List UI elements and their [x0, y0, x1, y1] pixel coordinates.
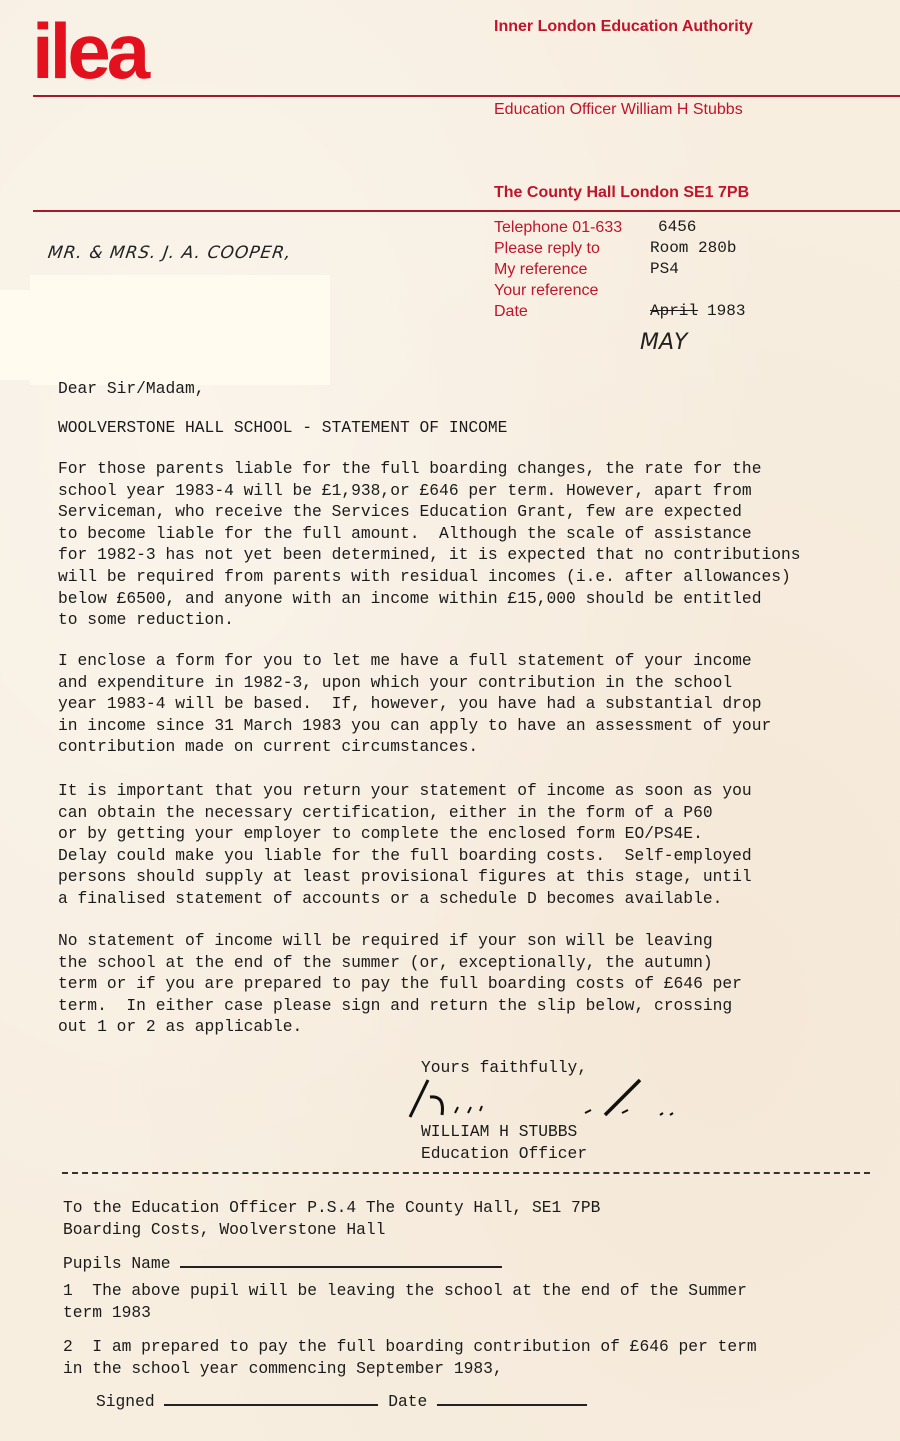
body-paragraph: I enclose a form for you to let me have … — [58, 650, 771, 758]
slip-recipient: To the Education Officer P.S.4 The Count… — [63, 1197, 600, 1240]
reference-telephone: Telephone 01-633 6456 — [494, 217, 745, 238]
address-redaction — [0, 290, 48, 380]
date-label: Date — [388, 1392, 427, 1411]
body-paragraph: It is important that you return your sta… — [58, 780, 752, 910]
pupils-name-row: Pupils Name — [63, 1252, 502, 1275]
reference-reply-to: Please reply to Room 280b — [494, 238, 745, 259]
header-rule — [33, 210, 900, 212]
signed-label: Signed — [96, 1392, 155, 1411]
struck-month: April — [650, 301, 698, 322]
reference-your-ref: Your reference — [494, 280, 745, 301]
signer-title: Education Officer — [421, 1144, 587, 1163]
date-field[interactable] — [437, 1390, 587, 1406]
signed-field[interactable] — [164, 1390, 378, 1406]
signature-row: Signed Date — [96, 1390, 587, 1413]
organization-address: The County Hall London SE1 7PB — [494, 184, 749, 202]
tear-off-line — [62, 1172, 870, 1174]
slip-option-1[interactable]: 1 The above pupil will be leaving the sc… — [63, 1280, 747, 1323]
reference-date: Date April 1983 — [494, 301, 745, 322]
pupils-name-field[interactable] — [180, 1252, 502, 1268]
slip-option-2[interactable]: 2 I am prepared to pay the full boarding… — [63, 1336, 757, 1379]
pupils-name-label: Pupils Name — [63, 1254, 170, 1273]
addressee-handwritten: MR. & MRS. J. A. COOPER, — [47, 243, 293, 263]
handwritten-month: MAY — [640, 330, 687, 355]
subject-line: WOOLVERSTONE HALL SCHOOL - STATEMENT OF … — [58, 417, 507, 439]
body-paragraph: For those parents liable for the full bo… — [58, 458, 801, 631]
address-redaction — [30, 275, 330, 385]
signer-name: WILLIAM H STUBBS — [421, 1122, 577, 1141]
reference-block: Telephone 01-633 6456 Please reply to Ro… — [494, 217, 745, 322]
reference-my-ref: My reference PS4 — [494, 259, 745, 280]
header-rule — [33, 95, 900, 97]
organization-name: Inner London Education Authority — [494, 18, 753, 36]
ilea-logo: ilea — [32, 12, 146, 90]
signer-block: WILLIAM H STUBBS Education Officer — [421, 1121, 587, 1164]
date-year: 1983 — [707, 301, 745, 322]
body-paragraph: No statement of income will be required … — [58, 930, 742, 1038]
salutation: Dear Sir/Madam, — [58, 378, 205, 400]
signature-scribble — [400, 1075, 690, 1125]
officer-name: Education Officer William H Stubbs — [494, 101, 743, 119]
